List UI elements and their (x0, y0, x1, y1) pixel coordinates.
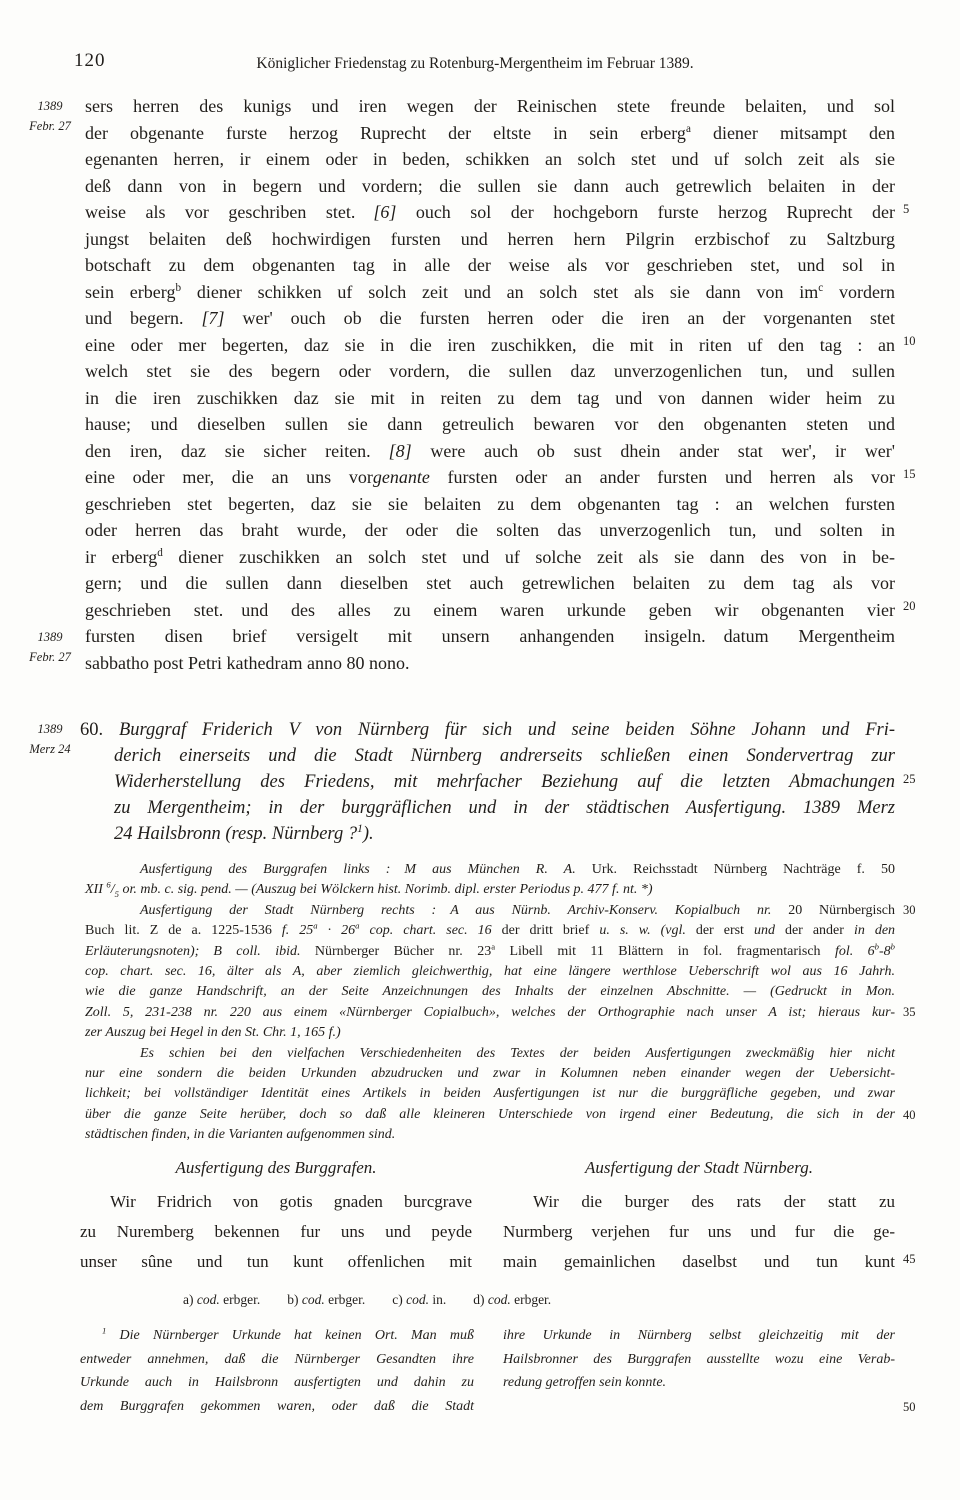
text-line: ihre Urkunde in Nürnberg selbst gleichze… (503, 1324, 895, 1348)
text-line: Ausfertigung der Stadt Nürnberg rechts :… (85, 901, 895, 921)
text-line: sein erbergb diener schikken uf solch ze… (85, 279, 895, 306)
text-line: redung getroffen sein konnte. (503, 1371, 895, 1395)
entry-60-regest: 60. Burggraf Friderich V von Nürnberg fü… (80, 717, 895, 847)
margin-line-number: 10 (903, 334, 929, 349)
running-title: Königlicher Friedenstag zu Rotenburg-Mer… (0, 55, 950, 73)
text-line: derich einerseits und die Stadt Nürnberg… (80, 743, 895, 769)
text-line: sabbatho post Petri kathedram anno 80 no… (85, 650, 895, 677)
text-line: egenanten herren, ir einem oder in beden… (85, 146, 895, 173)
text-line: XII 6/5 or. mb. c. sig. pend. — (Auszug … (85, 880, 895, 900)
footnote-1-left-column: 1 Die Nürnberger Urkunde hat keinen Ort.… (80, 1324, 474, 1418)
text-line: hause; und dieselben sullen sie dann get… (85, 411, 895, 438)
margin-line-number: 15 (903, 467, 929, 482)
column-heading-stadt-nuernberg: Ausfertigung der Stadt Nürnberg. (503, 1158, 895, 1178)
text-line: fursten disen brief versigelt mit unsern… (85, 623, 895, 650)
source-notes: Ausfertigung des Burggrafen links : M au… (85, 860, 895, 1146)
footnote-1-right-column: ihre Urkunde in Nürnberg selbst gleichze… (503, 1324, 895, 1395)
margin-date-note: 1389Febr. 27 (18, 96, 82, 136)
text-line: Buch lit. Z de a. 1225-1536 f. 25a · 26a… (85, 921, 895, 941)
text-line: zu Nuremberg bekennen fur uns und peyde (80, 1217, 472, 1247)
text-line: Erläuterungsnoten); B coll. ibid. Nürnbe… (85, 942, 895, 962)
text-line: zu Mergentheim; in der burggräflichen un… (80, 795, 895, 821)
book-page: 120 Königlicher Friedenstag zu Rotenburg… (0, 0, 960, 1500)
margin-line-number: 50 (903, 1400, 929, 1415)
text-line: Wir die burger des rats der statt zu (503, 1187, 895, 1217)
margin-line-number: 20 (903, 599, 929, 614)
text-line: eine oder mer, die an uns vorgenante fur… (85, 464, 895, 491)
text-line: jungst belaiten deß hochwirdigen fursten… (85, 226, 895, 253)
text-line: eine oder mer begerten, daz sie in die i… (85, 332, 895, 359)
text-line: 60. Burggraf Friderich V von Nürnberg fü… (80, 717, 895, 743)
text-line: lichkeit; bei vollständiger Identität ei… (85, 1084, 895, 1104)
text-line: dem Burggrafen gekommen waren, oder daß … (80, 1395, 474, 1419)
text-line: der obgenante furste herzog Ruprecht der… (85, 120, 895, 147)
text-line: gern; und die sullen dann dieselben stet… (85, 570, 895, 597)
text-line: 24 Hailsbronn (resp. Nürnberg ?1). (80, 821, 895, 847)
text-line: welch stet sie des begern oder vordern, … (85, 358, 895, 385)
column-text-burggraf: Wir Fridrich von gotis gnaden burcgravez… (80, 1187, 472, 1277)
text-line: städtischen finden, in die Varianten auf… (85, 1125, 895, 1145)
text-line: Hailsbronner des Burggrafen ausstellte w… (503, 1348, 895, 1372)
text-line: geschrieben stet begerten, daz sie sie b… (85, 491, 895, 518)
text-line: Zoll. 5, 231-238 nr. 220 aus einem «Nürn… (85, 1003, 895, 1023)
critical-apparatus: a) cod. erbger. b) cod. erbger. c) cod. … (85, 1292, 895, 1308)
text-line: den iren, daz sie sicher reiten. [8] wer… (85, 438, 895, 465)
column-burggraf: Ausfertigung des Burggrafen. Wir Fridric… (80, 1158, 472, 1277)
text-line: und begern. [7] wer' ouch ob die fursten… (85, 305, 895, 332)
text-line: main gemainlichen daselbst und tun kunt (503, 1247, 895, 1277)
text-line: Es schien bei den vielfachen Verschieden… (85, 1044, 895, 1064)
text-line: a) cod. erbger. b) cod. erbger. c) cod. … (183, 1292, 895, 1308)
column-heading-burggraf: Ausfertigung des Burggrafen. (80, 1158, 472, 1178)
text-line: nur eine sondern die beiden Urkunden abz… (85, 1064, 895, 1084)
text-line: Wir Fridrich von gotis gnaden burcgrave (80, 1187, 472, 1217)
text-line: wie die ganze Handschrift, an der Seite … (85, 982, 895, 1002)
text-line: Widerherstellung des Friedens, mit mehrf… (80, 769, 895, 795)
margin-line-number: 40 (903, 1108, 929, 1123)
text-line: Nurmberg verjehen fur uns und fur die ge… (503, 1217, 895, 1247)
text-line: zer Auszug bei Hegel in den St. Chr. 1, … (85, 1023, 895, 1043)
column-stadt-nuernberg: Ausfertigung der Stadt Nürnberg. Wir die… (503, 1158, 895, 1277)
text-line: weise als vor geschriben stet. [6] ouch … (85, 199, 895, 226)
margin-line-number: 25 (903, 772, 929, 787)
margin-line-number: 30 (903, 903, 929, 918)
text-line: über die ganze Seite herüber, doch so da… (85, 1105, 895, 1125)
margin-date-note: 1389Febr. 27 (18, 627, 82, 667)
text-line: unser sûne und tun kunt offenlichen mit (80, 1247, 472, 1277)
margin-line-number: 5 (903, 202, 929, 217)
margin-line-number: 35 (903, 1005, 929, 1020)
text-line: geschrieben stet. und des alles zu einem… (85, 597, 895, 624)
text-line: 1 Die Nürnberger Urkunde hat keinen Ort.… (80, 1324, 474, 1348)
column-text-stadt-nuernberg: Wir die burger des rats der statt zuNurm… (503, 1187, 895, 1277)
text-line: Ausfertigung des Burggrafen links : M au… (85, 860, 895, 880)
text-line: sers herren des kunigs und iren wegen de… (85, 93, 895, 120)
margin-date-note: 1389Merz 24 (18, 719, 82, 759)
margin-line-number: 45 (903, 1252, 929, 1267)
text-line: botschaft zu dem obgenanten tag in alle … (85, 252, 895, 279)
text-line: ir erbergd diener zuschikken an solch st… (85, 544, 895, 571)
text-line: Urkunde auch in Hailsbronn ausfertigten … (80, 1371, 474, 1395)
text-line: oder herren das braht wurde, der oder di… (85, 517, 895, 544)
entry-59-charter-text: sers herren des kunigs und iren wegen de… (85, 93, 895, 676)
text-line: cop. chart. sec. 16, älter als A, aber z… (85, 962, 895, 982)
text-line: deß dann von in begern und vordern; die … (85, 173, 895, 200)
text-line: entweder annehmen, daß die Nürnberger Ge… (80, 1348, 474, 1372)
text-line: in die iren zuschikken daz sie mit in re… (85, 385, 895, 412)
